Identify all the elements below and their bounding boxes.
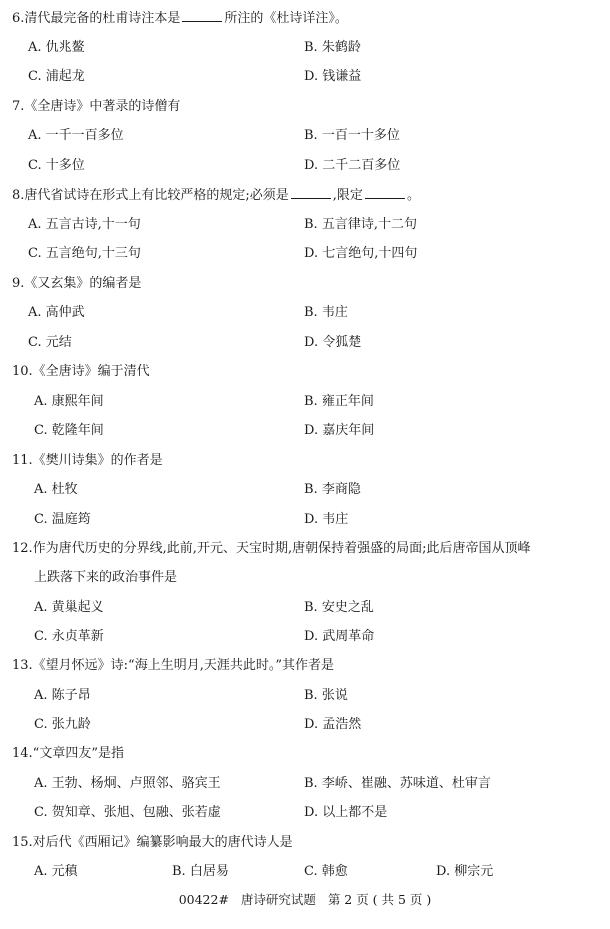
answer-blank — [291, 186, 331, 199]
option-b: B. 一百一十多位 — [304, 127, 400, 145]
question-7: 7.《全唐诗》中著录的诗僧有 — [12, 98, 180, 116]
question-10: 10.《全唐诗》编于清代 — [12, 363, 150, 381]
exam-code: 00422# — [179, 892, 229, 907]
exam-page: 6.清代最完备的杜甫诗注本是所注的《杜诗详注》。 A. 仇兆鳌 B. 朱鹤龄 C… — [0, 0, 610, 929]
option-c: C. 韩愈 — [304, 863, 348, 881]
answer-blank — [182, 9, 222, 22]
option-a: A. 高仲武 — [28, 304, 85, 322]
option-d: D. 以上都不是 — [304, 804, 387, 822]
option-c: C. 张九龄 — [34, 716, 91, 734]
option-d: D. 嘉庆年间 — [304, 422, 374, 440]
option-d: D. 钱谦益 — [304, 68, 361, 86]
option-d: D. 令狐楚 — [304, 334, 361, 352]
option-c: C. 贺知章、张旭、包融、张若虚 — [34, 804, 221, 822]
question-6: 6.清代最完备的杜甫诗注本是所注的《杜诗详注》。 — [12, 9, 348, 28]
option-b: B. 李商隐 — [304, 481, 361, 499]
page-footer: 00422# 唐诗研究试题 第 2 页 ( 共 5 页 ) — [0, 891, 610, 909]
option-a: A. 五言古诗,十一句 — [28, 216, 141, 234]
option-c: C. 温庭筠 — [34, 511, 91, 529]
option-b: B. 李峤、崔融、苏味道、杜审言 — [304, 775, 491, 793]
page-number: 第 2 页 ( 共 5 页 ) — [328, 892, 431, 907]
question-13: 13.《望月怀远》诗:“海上生明月,天涯共此时。”其作者是 — [12, 657, 334, 675]
option-a: A. 杜牧 — [34, 481, 78, 499]
question-8-prefix: 8.唐代省试诗在形式上有比较严格的规定;必须是 — [12, 188, 289, 203]
question-15: 15.对后代《西厢记》编纂影响最大的唐代诗人是 — [12, 834, 293, 852]
option-a: A. 康熙年间 — [34, 393, 104, 411]
option-a: A. 王勃、杨炯、卢照邻、骆宾王 — [34, 775, 221, 793]
option-a: A. 黄巢起义 — [34, 599, 104, 617]
option-b: B. 安史之乱 — [304, 599, 374, 617]
question-8: 8.唐代省试诗在形式上有比较严格的规定;必须是,限定。 — [12, 186, 420, 205]
option-d: D. 柳宗元 — [436, 863, 493, 881]
question-8-middle: ,限定 — [333, 188, 363, 203]
question-14: 14.“文章四友”是指 — [12, 745, 124, 763]
option-a: A. 陈子昂 — [34, 687, 91, 705]
question-12-line1: 12.作为唐代历史的分界线,此前,开元、天宝时期,唐朝保持着强盛的局面;此后唐帝… — [12, 540, 530, 558]
option-d: D. 韦庄 — [304, 511, 348, 529]
option-d: D. 二千二百多位 — [304, 157, 400, 175]
question-12-line2: 上跌落下来的政治事件是 — [34, 569, 177, 587]
exam-title: 唐诗研究试题 — [241, 892, 316, 907]
question-9: 9.《又玄集》的编者是 — [12, 275, 141, 293]
option-c: C. 五言绝句,十三句 — [28, 245, 141, 263]
question-8-suffix: 。 — [407, 188, 420, 203]
option-c: C. 乾隆年间 — [34, 422, 104, 440]
option-b: B. 朱鹤龄 — [304, 39, 361, 57]
option-b: B. 白居易 — [172, 863, 229, 881]
option-b: B. 韦庄 — [304, 304, 348, 322]
option-c: C. 十多位 — [28, 157, 85, 175]
answer-blank — [365, 186, 405, 199]
option-a: A. 仇兆鳌 — [28, 39, 85, 57]
option-d: D. 孟浩然 — [304, 716, 361, 734]
option-c: C. 元结 — [28, 334, 72, 352]
option-c: C. 永贞革新 — [34, 628, 104, 646]
option-a: A. 元稹 — [34, 863, 78, 881]
option-b: B. 五言律诗,十二句 — [304, 216, 417, 234]
option-d: D. 武周革命 — [304, 628, 374, 646]
option-b: B. 张说 — [304, 687, 348, 705]
question-6-prefix: 6.清代最完备的杜甫诗注本是 — [12, 11, 180, 26]
option-d: D. 七言绝句,十四句 — [304, 245, 417, 263]
question-11: 11.《樊川诗集》的作者是 — [12, 452, 163, 470]
option-c: C. 浦起龙 — [28, 68, 85, 86]
option-b: B. 雍正年间 — [304, 393, 374, 411]
option-a: A. 一千一百多位 — [28, 127, 124, 145]
question-6-suffix: 所注的《杜诗详注》。 — [224, 11, 348, 26]
